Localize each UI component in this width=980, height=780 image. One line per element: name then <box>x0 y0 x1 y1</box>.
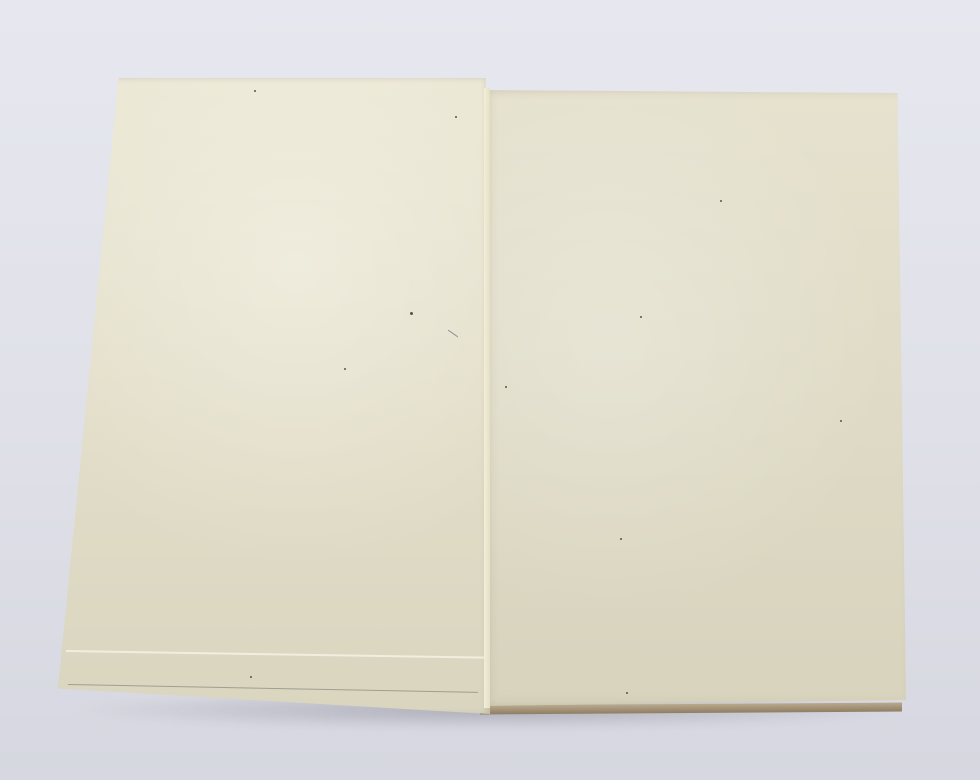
paper-speck <box>626 692 628 694</box>
paper-speck <box>840 420 842 422</box>
book-gutter <box>484 88 490 708</box>
paper-speck <box>640 316 642 318</box>
paper-speck <box>344 368 346 370</box>
left-page <box>58 78 490 714</box>
paper-speck <box>254 90 256 92</box>
right-page <box>482 90 906 706</box>
paper-speck <box>250 676 252 678</box>
paper-speck <box>455 116 457 118</box>
book-photo <box>0 0 980 780</box>
paper-speck <box>620 538 622 540</box>
paper-speck <box>410 312 413 315</box>
paper-speck <box>720 200 722 202</box>
paper-speck <box>505 386 507 388</box>
